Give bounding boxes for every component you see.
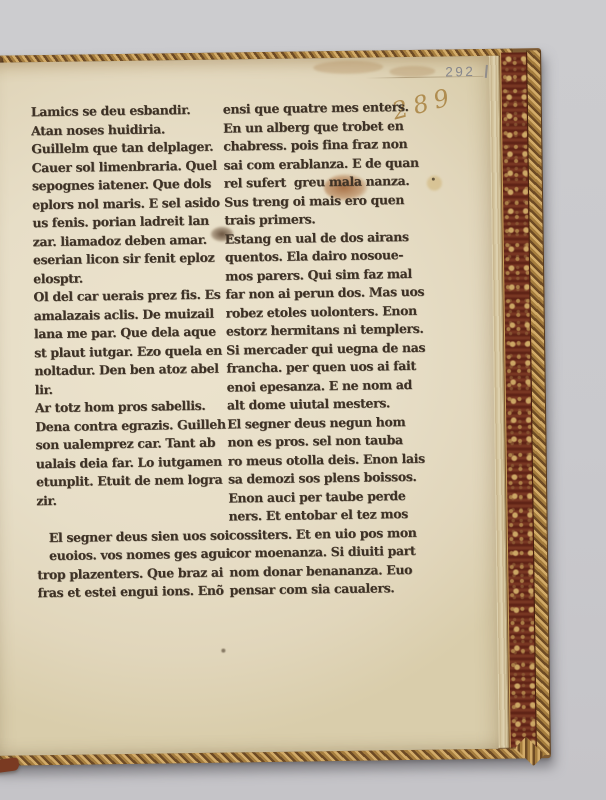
manuscript-line: ensi que quatre mes enters. bbox=[223, 98, 428, 119]
text-column-right: ensi que quatre mes enters.En un alberg … bbox=[223, 98, 435, 600]
manuscript-line: us fenis. porian ladreit lan bbox=[32, 211, 237, 232]
manuscript-line: son ualemprez car. Tant ab bbox=[35, 433, 240, 454]
manuscript-line: far non ai perun dos. Mas uos bbox=[225, 283, 430, 304]
manuscript-line: cor moenanza. Si diuiti part bbox=[229, 542, 434, 563]
page-speck bbox=[221, 649, 225, 653]
folio-tick-mark bbox=[485, 65, 488, 78]
text-column-left: Lamics se deu esbandir.Atan noses huidir… bbox=[31, 100, 243, 602]
manuscript-line: nom donar benananza. Euo bbox=[229, 560, 434, 581]
manuscript-line: sa demozi sos plens boissos. bbox=[228, 468, 433, 489]
manuscript-line: ners. Et entobar el tez mos bbox=[228, 505, 433, 526]
manuscript-line: francha. per quen uos ai fait bbox=[226, 357, 431, 378]
manuscript-line: chabress. pois fina fraz non bbox=[223, 135, 428, 156]
stain-top-smudge-2 bbox=[389, 66, 435, 78]
manuscript-line: sepognes iatener. Que dols bbox=[32, 174, 237, 195]
manuscript-line: Ol del car uerais prez fis. Es bbox=[33, 285, 238, 306]
manuscript-line: quentos. Ela dairo nosoue- bbox=[225, 246, 430, 267]
manuscript-book: 292 289 Lamics se deu esbandir.Atan nose… bbox=[0, 48, 551, 766]
leather-corner-bottom-left bbox=[0, 757, 20, 773]
manuscript-line: non es pros. sel non tauba bbox=[227, 431, 432, 452]
manuscript-line: fras et estei engui ions. Enõ bbox=[37, 581, 242, 602]
manuscript-line: enoi epesanza. E ne nom ad bbox=[227, 375, 432, 396]
manuscript-line: estorz hermitans ni templers. bbox=[226, 320, 431, 341]
manuscript-line: euoios. vos nomes ges agui bbox=[37, 544, 242, 565]
printed-folio-number: 292 bbox=[445, 64, 475, 79]
manuscript-line: Guillelm que tan delplager. bbox=[31, 137, 236, 158]
parchment-page: 292 289 Lamics se deu esbandir.Atan nose… bbox=[0, 56, 499, 756]
stain-top-smudge bbox=[313, 60, 383, 74]
manuscript-line: pensar com sia caualers. bbox=[229, 579, 434, 600]
manuscript-line: eserian licon sir fenit eploz bbox=[33, 248, 238, 269]
manuscript-line: lana me par. Que dela aque bbox=[34, 322, 239, 343]
manuscript-line: etunplit. Etuit de nem logra bbox=[36, 470, 241, 491]
manuscript-line: noltadur. Den ben atoz abel bbox=[34, 359, 239, 380]
manuscript-line: Sus treng oi mais ero quen bbox=[224, 190, 429, 211]
ink-speck bbox=[432, 178, 435, 181]
manuscript-line: rel sufert greu mala nanza. bbox=[224, 172, 429, 193]
